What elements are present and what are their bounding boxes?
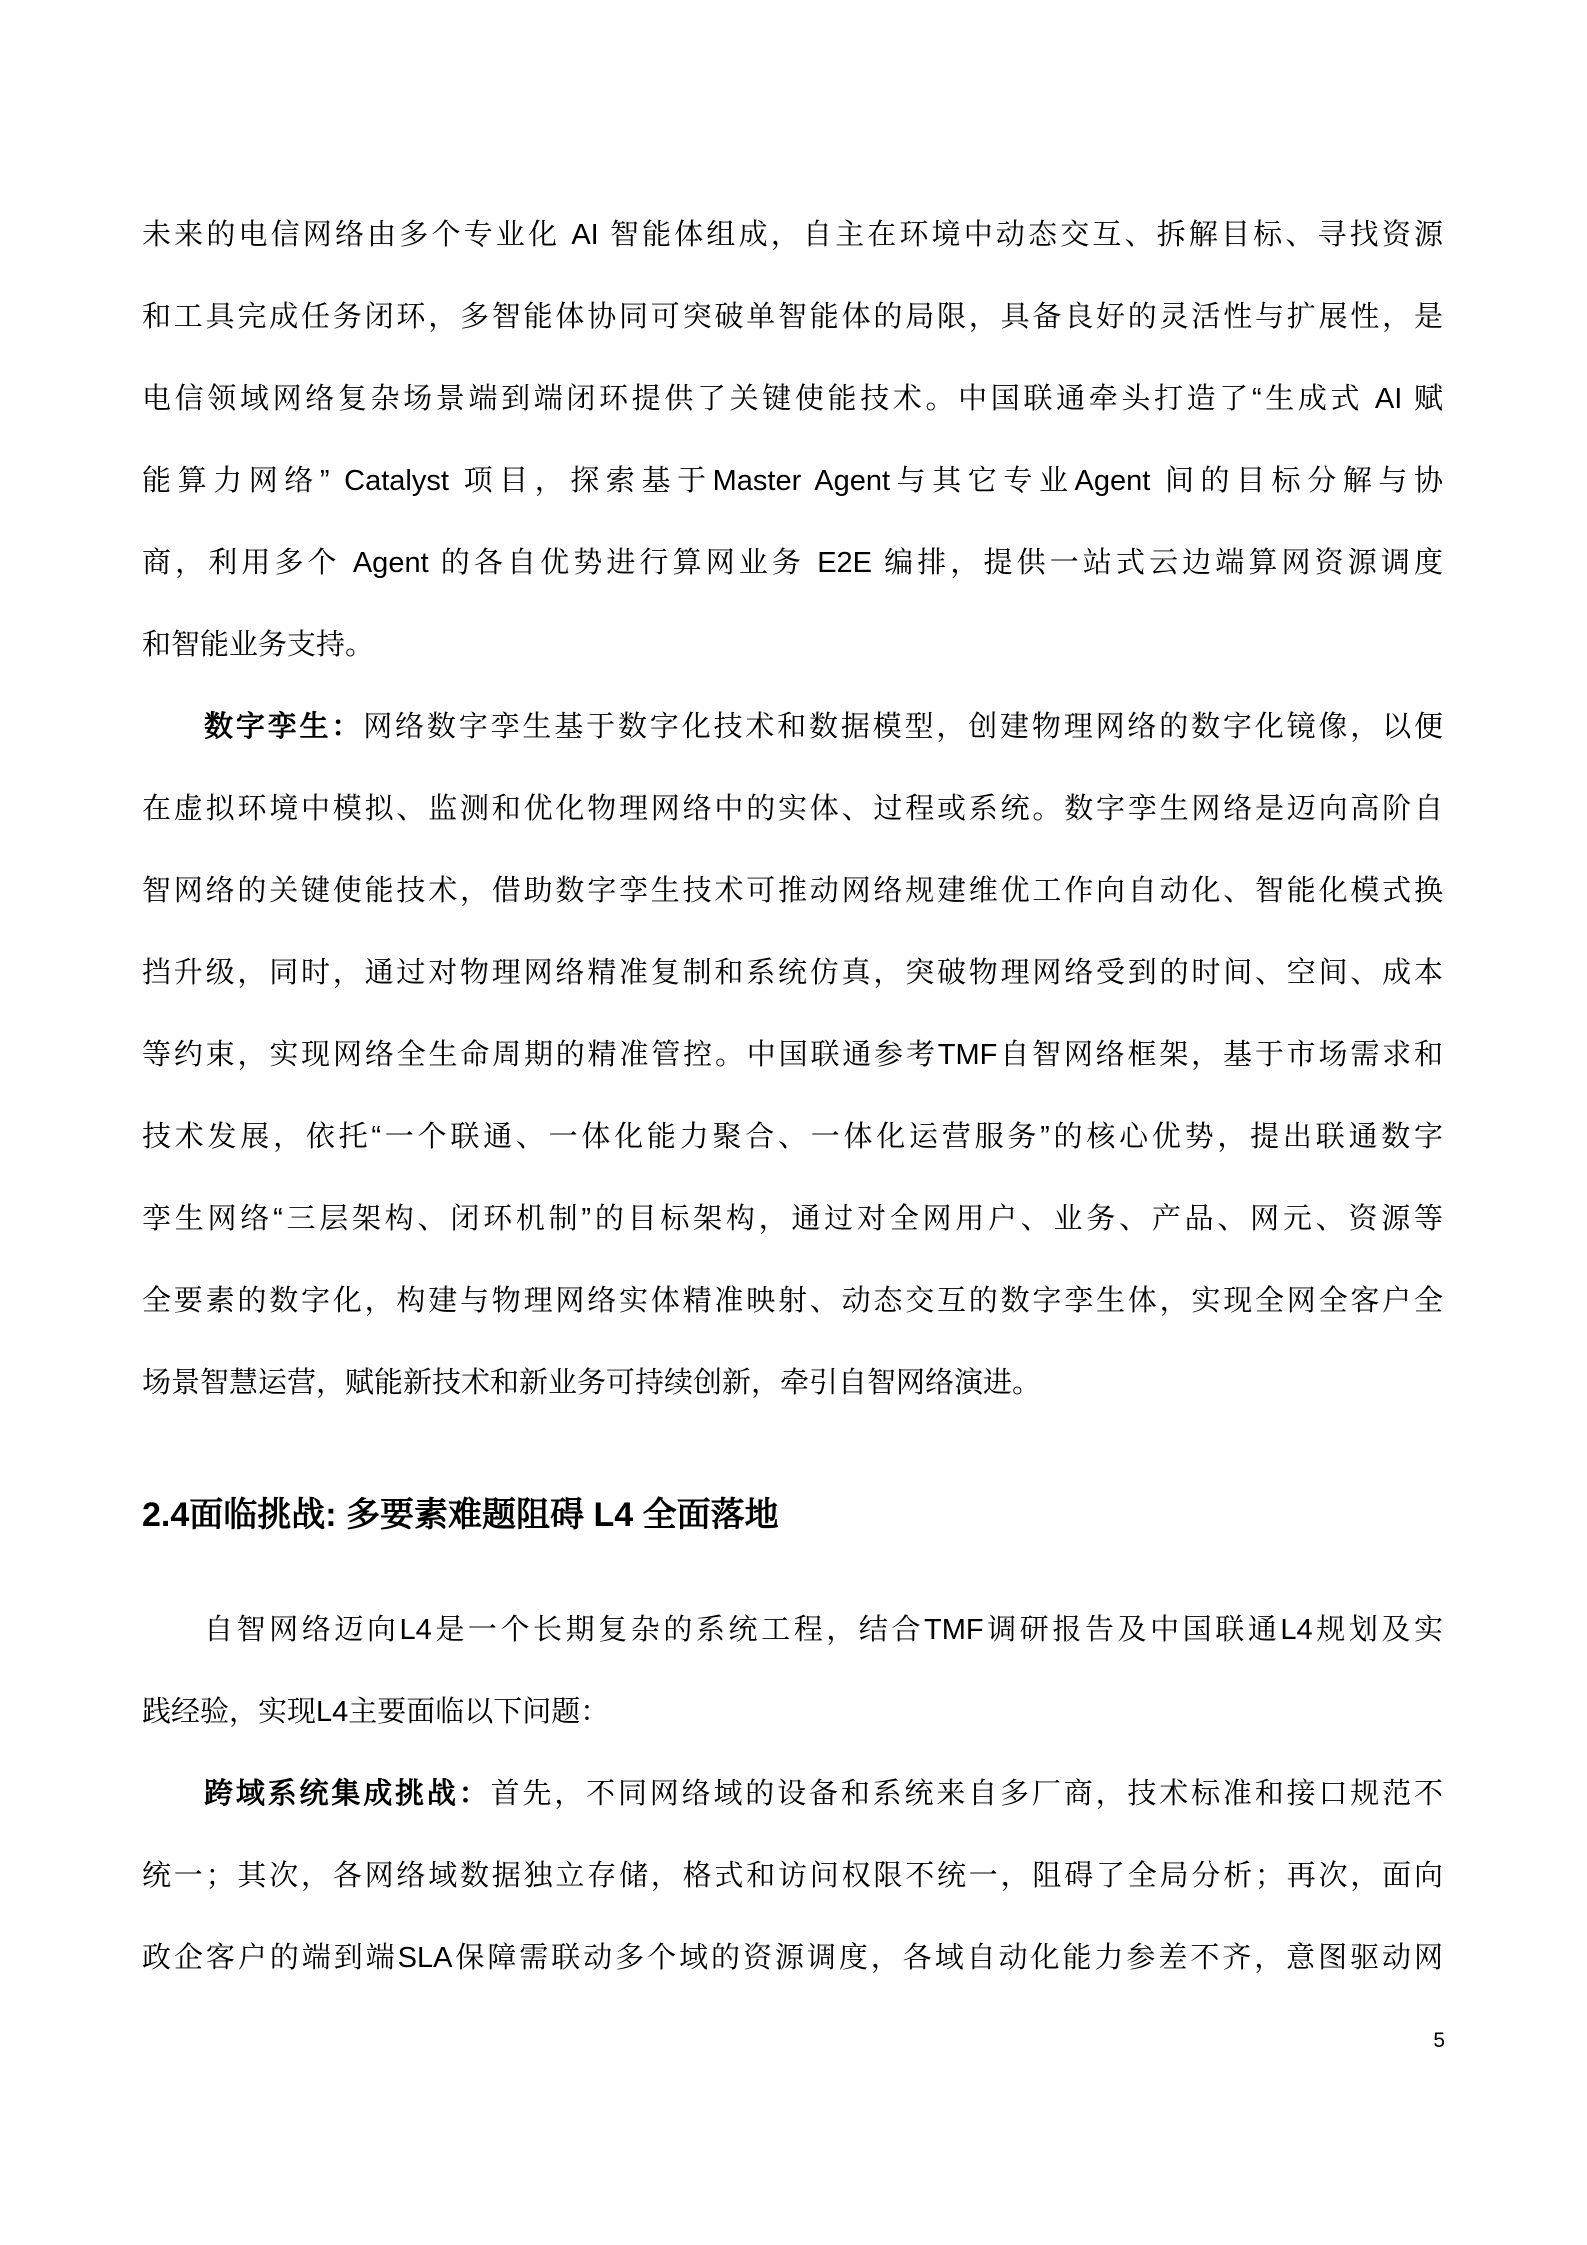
text-line: 商，利用多个 Agent 的各自优势进行算网业务 E2E 编排，提供一站式云边端…: [142, 522, 1443, 604]
document-page: 未来的电信网络由多个专业化 AI 智能体组成，自主在环境中动态交互、拆解目标、寻…: [0, 0, 1587, 2245]
text-line: 电信领域网络复杂场景端到端闭环提供了关键使能技术。中国联通牵头打造了“生成式 A…: [142, 358, 1443, 440]
text-line: 技术发展，依托“一个联通、一体化能力聚合、一体化运营服务”的核心优势，提出联通数…: [142, 1096, 1443, 1178]
text-line: 未来的电信网络由多个专业化 AI 智能体组成，自主在环境中动态交互、拆解目标、寻…: [142, 194, 1443, 276]
paragraph-cross-domain-challenge: 跨域系统集成挑战：首先，不同网络域的设备和系统来自多厂商，技术标准和接口规范不统…: [142, 1753, 1443, 1999]
paragraph-digital-twin: 数字孪生：网络数字孪生基于数字化技术和数据模型，创建物理网络的数字化镜像，以便在…: [142, 686, 1443, 1424]
text-line: 和工具完成任务闭环，多智能体协同可突破单智能体的局限，具备良好的灵活性与扩展性，…: [142, 276, 1443, 358]
text-line: 自智网络迈向L4是一个长期复杂的系统工程，结合TMF调研报告及中国联通L4规划及…: [142, 1589, 1443, 1671]
text-line: 能算力网络” Catalyst 项目，探索基于Master Agent与其它专业…: [142, 440, 1443, 522]
text-line: 在虚拟环境中模拟、监测和优化物理网络中的实体、过程或系统。数字孪生网络是迈向高阶…: [142, 768, 1443, 850]
text-line: 场景智慧运营，赋能新技术和新业务可持续创新，牵引自智网络演进。: [142, 1342, 1443, 1424]
text-line: 全要素的数字化，构建与物理网络实体精准映射、动态交互的数字孪生体，实现全网全客户…: [142, 1260, 1443, 1342]
section-heading-2-4: 2.4面临挑战: 多要素难题阻碍 L4 全面落地: [142, 1470, 1443, 1560]
text-line: 跨域系统集成挑战：首先，不同网络域的设备和系统来自多厂商，技术标准和接口规范不: [142, 1753, 1443, 1835]
paragraph-l4-intro: 自智网络迈向L4是一个长期复杂的系统工程，结合TMF调研报告及中国联通L4规划及…: [142, 1589, 1443, 1753]
text-line: 和智能业务支持。: [142, 604, 1443, 686]
text-line: 等约束，实现网络全生命周期的精准管控。中国联通参考TMF自智网络框架，基于市场需…: [142, 1014, 1443, 1096]
text-line: 数字孪生：网络数字孪生基于数字化技术和数据模型，创建物理网络的数字化镜像，以便: [142, 686, 1443, 768]
text-line: 挡升级，同时，通过对物理网络精准复制和系统仿真，突破物理网络受到的时间、空间、成…: [142, 932, 1443, 1014]
text-line: 政企客户的端到端SLA保障需联动多个域的资源调度，各域自动化能力参差不齐，意图驱…: [142, 1917, 1443, 1999]
bold-lead-text: 跨域系统集成挑战：: [204, 1778, 491, 1810]
page-number: 5: [1433, 2028, 1445, 2053]
paragraph-ai-agents: 未来的电信网络由多个专业化 AI 智能体组成，自主在环境中动态交互、拆解目标、寻…: [142, 194, 1443, 686]
document-body: 未来的电信网络由多个专业化 AI 智能体组成，自主在环境中动态交互、拆解目标、寻…: [142, 194, 1443, 1999]
text-line: 践经验，实现L4主要面临以下问题：: [142, 1671, 1443, 1753]
text-line: 统一；其次，各网络域数据独立存储，格式和访问权限不统一，阻碍了全局分析；再次，面…: [142, 1835, 1443, 1917]
text-line: 智网络的关键使能技术，借助数字孪生技术可推动网络规建维优工作向自动化、智能化模式…: [142, 850, 1443, 932]
text-line: 孪生网络“三层架构、闭环机制”的目标架构，通过对全网用户、业务、产品、网元、资源…: [142, 1178, 1443, 1260]
bold-lead-text: 数字孪生：: [204, 711, 363, 743]
